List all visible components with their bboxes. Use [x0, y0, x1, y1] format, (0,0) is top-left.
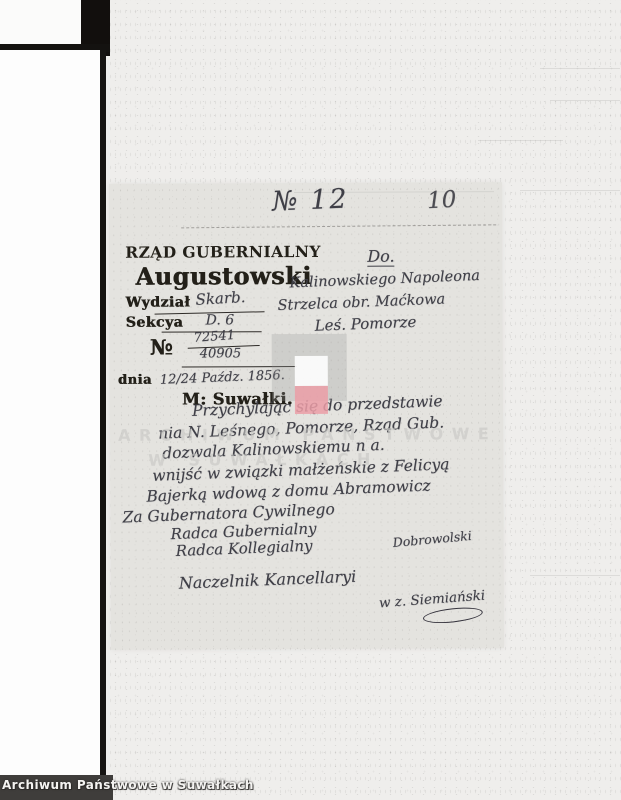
blank-page-edge [0, 50, 106, 776]
date-label: dnia [118, 373, 152, 388]
scan-streak [520, 190, 620, 191]
polish-flag-white [295, 356, 328, 386]
archival-scan-page: Archiwum Państwowe w Suwałkach № 12 10 R… [0, 0, 621, 800]
digital-watermark-line: ARCHIWUM PAŃSTWOWE [118, 424, 497, 445]
date-value: 12/24 Paźdz. 1856. [160, 368, 286, 388]
header-rule [181, 224, 496, 228]
sekcya-label: Sekcya [126, 315, 184, 331]
address-line: Strzelca obr. Maćkowa [277, 291, 445, 314]
scan-streak [530, 575, 620, 576]
sekcya-value: D. 6 [206, 312, 235, 328]
document-sheet: № 12 10 RZĄD GUBERNIALNY Augustowski Wyd… [109, 182, 504, 650]
adjacent-page-corner [0, 0, 83, 46]
number-denominator: 40905 [200, 346, 241, 361]
letterhead-title: RZĄD GUBERNIALNY [125, 242, 321, 262]
address-heading: Do. [367, 247, 394, 267]
countersignature: Dobrowolski [392, 528, 472, 550]
address-line: Kalinowskiego Napoleona [289, 268, 480, 291]
digital-watermark-line: W SUWAŁKACH [148, 450, 379, 470]
archive-watermark-label: Archiwum Państwowe w Suwałkach [2, 778, 302, 792]
office-title: Naczelnik Kancellaryi [178, 567, 356, 593]
page-number: 10 [426, 187, 457, 215]
number-label: № [150, 335, 173, 360]
address-line: Leś. Pomorze [314, 313, 416, 335]
signature-flourish [422, 605, 483, 625]
polish-flag-red [295, 386, 328, 414]
scan-streak [550, 100, 620, 101]
document-number: № 12 [271, 183, 349, 217]
scan-streak [540, 68, 620, 69]
scan-streak [478, 140, 563, 141]
number-numerator: 72541 [193, 328, 235, 346]
wydzial-label: Wydział [125, 295, 190, 311]
wydzial-value: Skarb. [195, 288, 246, 309]
letterhead-subtitle: Augustowski [135, 261, 311, 291]
